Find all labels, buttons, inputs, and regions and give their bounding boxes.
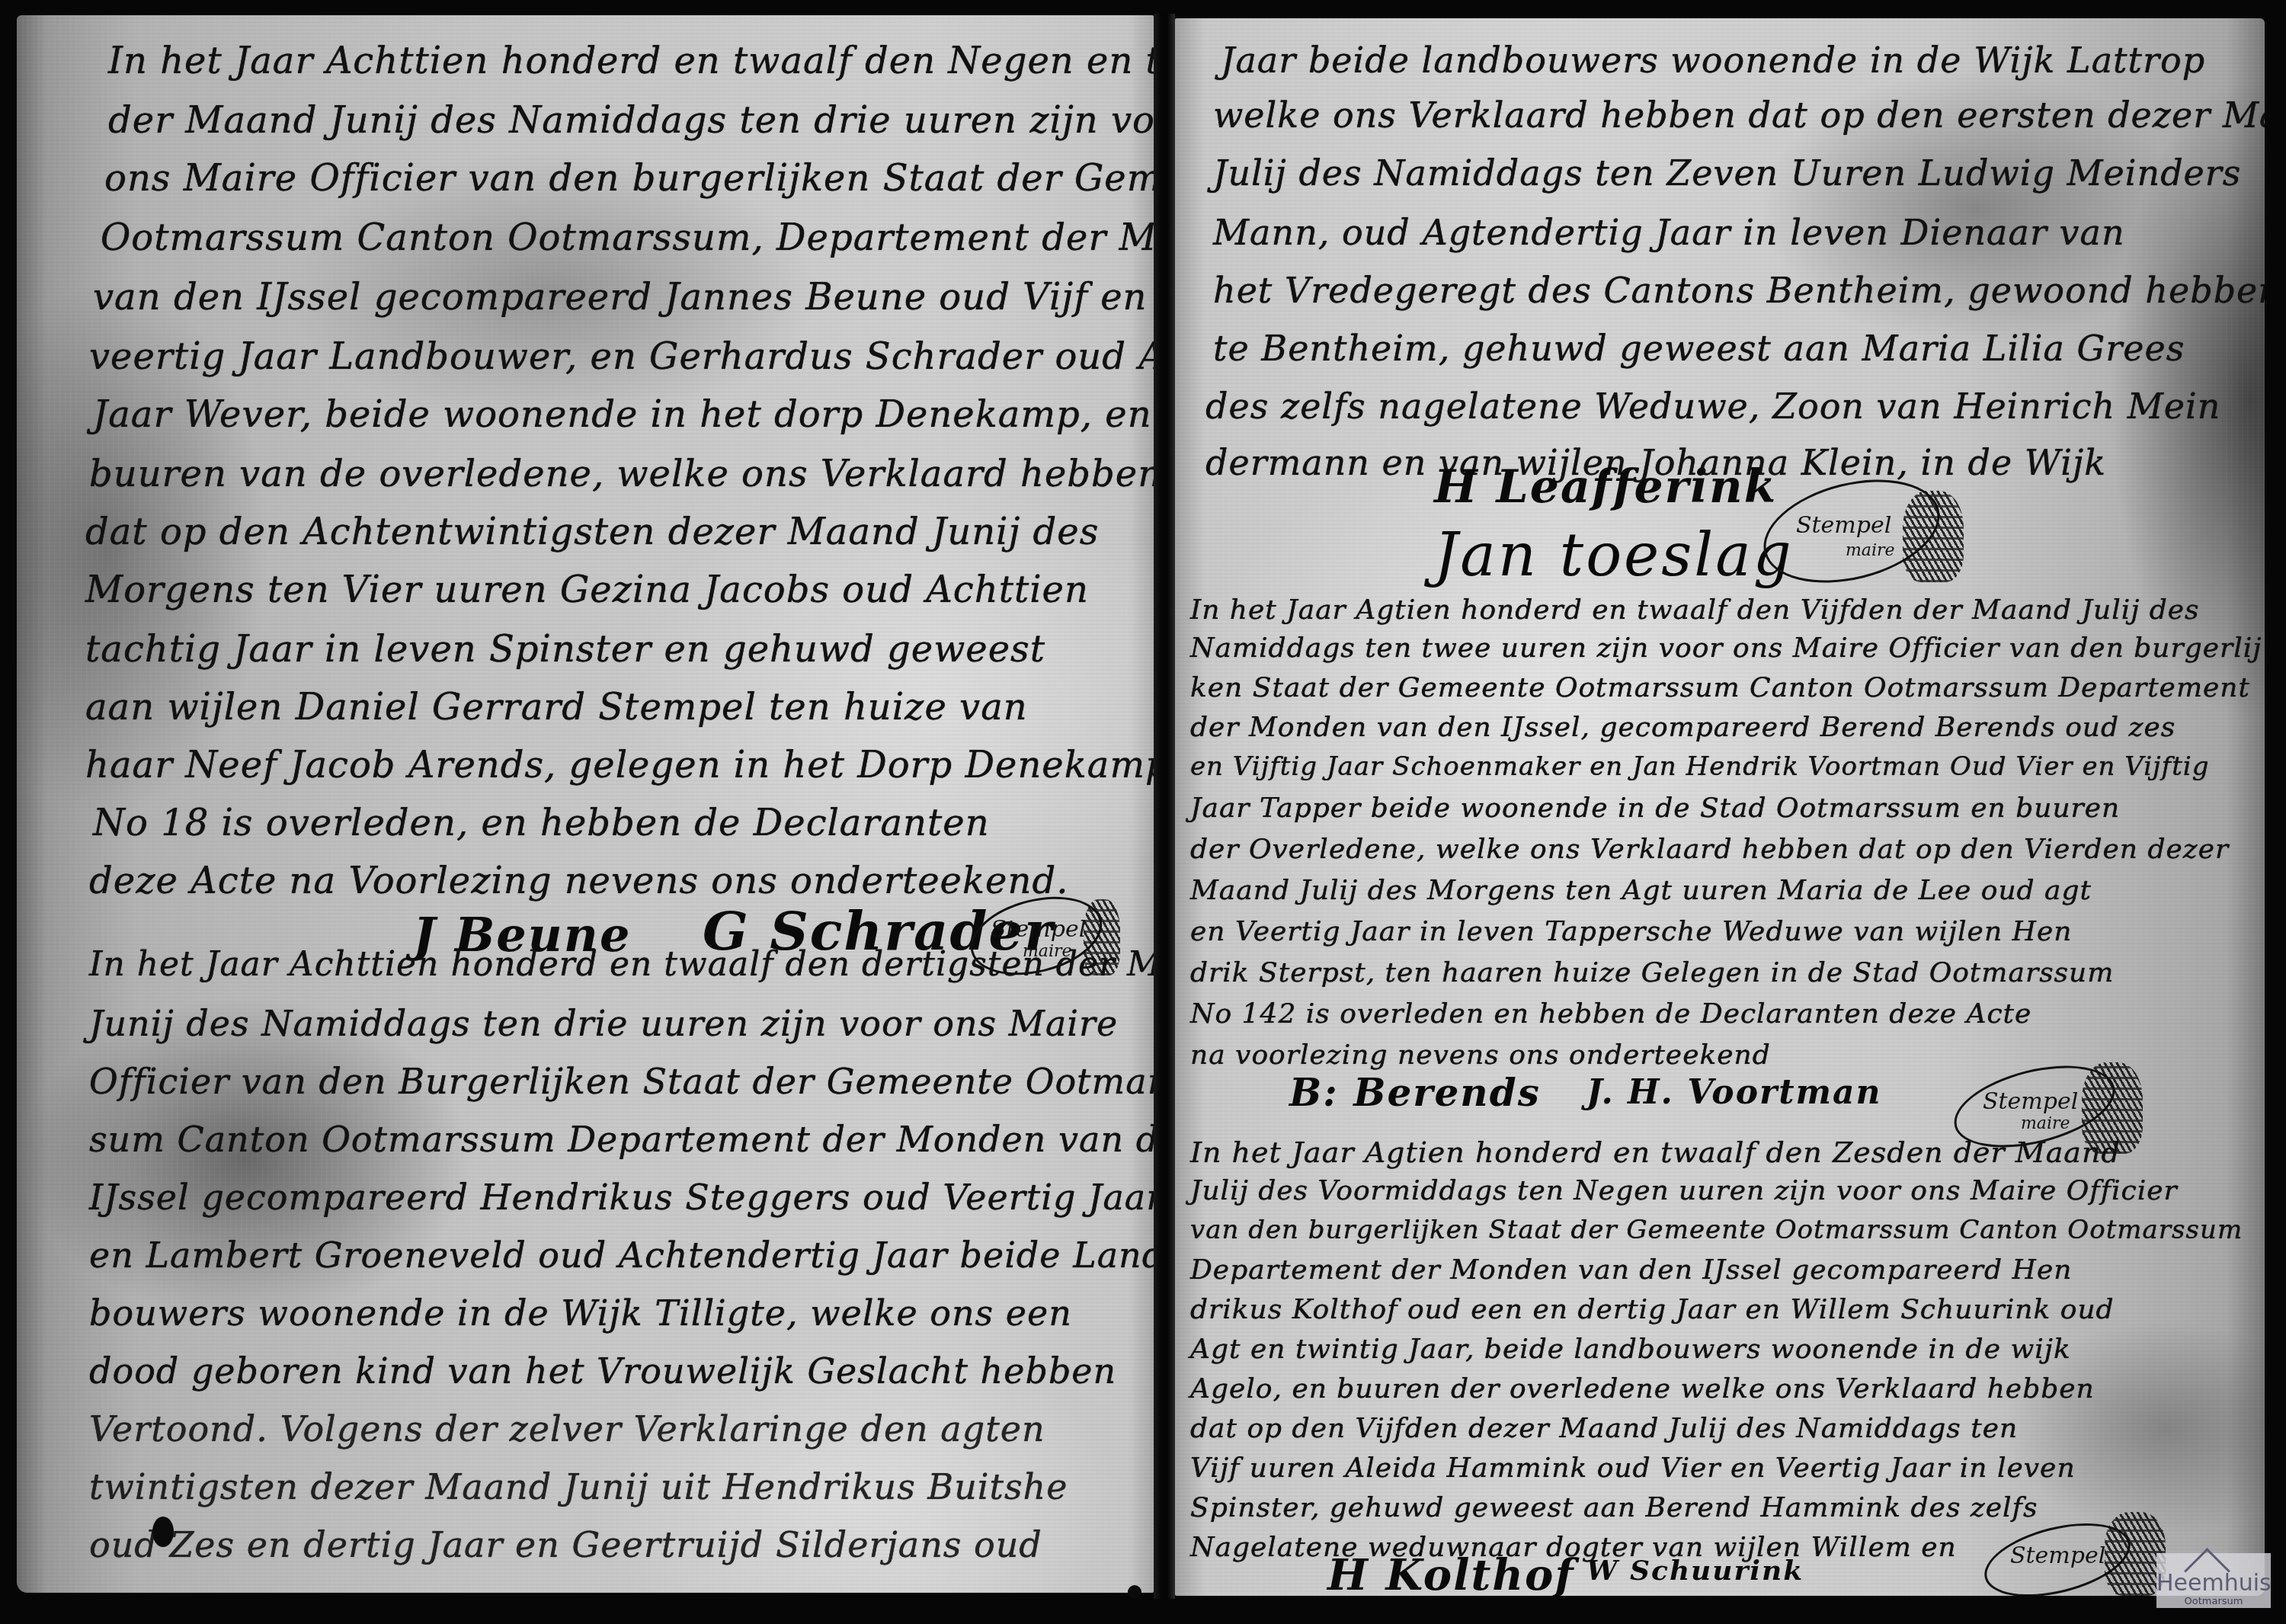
signature: W Schuurink [1586, 1555, 1804, 1587]
text-line: Vijf uuren Aleida Hammink oud Vier en Ve… [1190, 1453, 2076, 1484]
text-line: des zelfs nagelatene Weduwe, Zoon van He… [1205, 386, 2220, 427]
text-line: veertig Jaar Landbouwer, en Gerhardus Sc… [89, 335, 1154, 378]
text-line: van den burgerlijken Staat der Gemeente … [1190, 1215, 2243, 1245]
text-line: Jaar Tapper beide woonende in de Stad Oo… [1190, 793, 2120, 824]
text-line: dat op den Vijfden dezer Maand Julij des… [1190, 1413, 2018, 1444]
text-line: In het Jaar Agtien honderd en twaalf den… [1190, 594, 2200, 626]
right-page: Jaar beide landbouwers woonende in de Wi… [1175, 18, 2265, 1596]
text-line: te Bentheim, gehuwd geweest aan Maria Li… [1213, 328, 2185, 369]
seal-signature: Stempel [2010, 1542, 2105, 1569]
text-line: na voorlezing nevens ons onderteekend [1190, 1039, 1771, 1071]
text-line: het Vredegeregt des Cantons Bentheim, ge… [1213, 270, 2265, 311]
text-line: IJssel gecompareerd Hendrikus Steggers o… [89, 1177, 1154, 1218]
text-line: drikus Kolthof oud een en dertig Jaar en… [1190, 1294, 2115, 1325]
text-line: Vertoond. Volgens der zelver Verklaringe… [89, 1408, 1045, 1449]
ink-blot [1128, 1585, 1141, 1599]
left-page: In het Jaar Achttien honderd en twaalf d… [17, 15, 1154, 1593]
text-line: buuren van de overledene, welke ons Verk… [89, 453, 1154, 495]
ink-blot [152, 1517, 174, 1547]
text-line: welke ons Verklaard hebben dat op den ee… [1213, 94, 2265, 136]
seal-title: maire [2021, 1114, 2070, 1133]
signature: J. H. Voortman [1586, 1073, 1882, 1112]
text-line: drik Sterpst, ten haaren huize Gelegen i… [1190, 957, 2114, 988]
text-line: ons Maire Officier van den burgerlijken … [104, 157, 1154, 200]
watermark-name: Heemhuis [2156, 1570, 2271, 1597]
text-line: Morgens ten Vier uuren Gezina Jacobs oud… [85, 569, 1089, 611]
text-line: Julij des Namiddags ten Zeven Uuren Ludw… [1213, 152, 2241, 194]
text-line: dat op den Achtentwintigsten dezer Maand… [85, 511, 1099, 553]
heemhuis-watermark: Heemhuis Ootmarsum [2156, 1553, 2271, 1608]
mayor-seal: Stempel maire [1762, 460, 1975, 597]
signature: H Leafferink [1434, 460, 1777, 514]
text-line: haar Neef Jacob Arends, gelegen in het D… [85, 744, 1154, 786]
text-line: No 142 is overleden en hebben de Declara… [1190, 998, 2031, 1030]
mayor-seal: Stempel [1983, 1512, 2181, 1596]
signature: H Kolthof [1327, 1550, 1575, 1596]
text-line: Departement der Monden van den IJssel ge… [1190, 1254, 2072, 1286]
text-line: In het Jaar Achttien honderd en twaalf d… [108, 40, 1154, 82]
text-line: der Overledene, welke ons Verklaard hebb… [1190, 834, 2229, 865]
text-line: Spinster, gehuwd geweest aan Berend Hamm… [1190, 1492, 2038, 1523]
text-line: sum Canton Ootmarssum Departement der Mo… [89, 1119, 1154, 1160]
signature-large: Jan toeslag [1434, 521, 1794, 590]
text-line: Julij des Voormiddags ten Negen uuren zi… [1190, 1175, 2178, 1206]
text-line: Namiddags ten twee uuren zijn voor ons M… [1190, 633, 2262, 664]
text-line: Maand Julij des Morgens ten Agt uuren Ma… [1190, 875, 2092, 906]
seal-signature: Stempel [1983, 1088, 2078, 1115]
text-line: tachtig Jaar in leven Spinster en gehuwd… [85, 628, 1045, 671]
text-line: Jaar Wever, beide woonende in het dorp D… [93, 393, 1152, 436]
text-line: In het Jaar Agtien honderd en twaalf den… [1190, 1136, 2121, 1169]
text-line: van den IJssel gecompareerd Jannes Beune… [93, 276, 1148, 319]
text-line: en Veertig Jaar in leven Tappersche Wedu… [1190, 916, 2072, 947]
text-line: en Lambert Groeneveld oud Achtendertig J… [89, 1235, 1154, 1276]
text-line: dood geboren kind van het Vrouwelijk Ges… [89, 1350, 1116, 1392]
text-line: Mann, oud Agtendertig Jaar in leven Dien… [1213, 212, 2125, 253]
text-line: deze Acte na Voorlezing nevens ons onder… [89, 860, 1068, 902]
text-line: In het Jaar Achttien honderd en twaalf d… [89, 945, 1154, 984]
text-line: Junij des Namiddags ten drie uuren zijn … [89, 1003, 1118, 1044]
text-line: bouwers woonende in de Wijk Tilligte, we… [89, 1292, 1072, 1334]
text-line: ken Staat der Gemeente Ootmarssum Canton… [1190, 672, 2250, 703]
text-line: No 18 is overleden, en hebben de Declara… [93, 802, 990, 844]
text-line: Officier van den Burgerlijken Staat der … [89, 1061, 1154, 1102]
text-line: Jaar beide landbouwers woonende in de Wi… [1221, 40, 2205, 81]
text-line: en Vijftig Jaar Schoenmaker en Jan Hendr… [1190, 751, 2209, 782]
seal-signature: Stempel [991, 916, 1086, 943]
text-line: Agt en twintig Jaar, beide landbouwers w… [1190, 1334, 2071, 1365]
book-spine [1154, 14, 1175, 1599]
text-line: Ootmarssum Canton Ootmarssum, Departemen… [101, 216, 1154, 259]
seal-scribble [1903, 491, 1964, 582]
seal-signature: Stempel [1796, 512, 1891, 539]
document-spread: In het Jaar Achttien honderd en twaalf d… [0, 0, 2286, 1624]
text-line: aan wijlen Daniel Gerrard Stempel ten hu… [85, 686, 1028, 729]
text-line: oud Zes en dertig Jaar en Geertruijd Sil… [89, 1524, 1042, 1565]
signature: B: Berends [1289, 1070, 1541, 1115]
text-line: der Maand Junij des Namiddags ten drie u… [108, 99, 1154, 142]
text-line: twintigsten dezer Maand Junij uit Hendri… [89, 1466, 1068, 1507]
text-line: Agelo, en buuren der overledene welke on… [1190, 1373, 2095, 1405]
watermark-location: Ootmarsum [2156, 1596, 2271, 1607]
seal-title: maire [1846, 541, 1895, 560]
text-line: der Monden van den IJssel, gecompareerd … [1190, 712, 2176, 743]
